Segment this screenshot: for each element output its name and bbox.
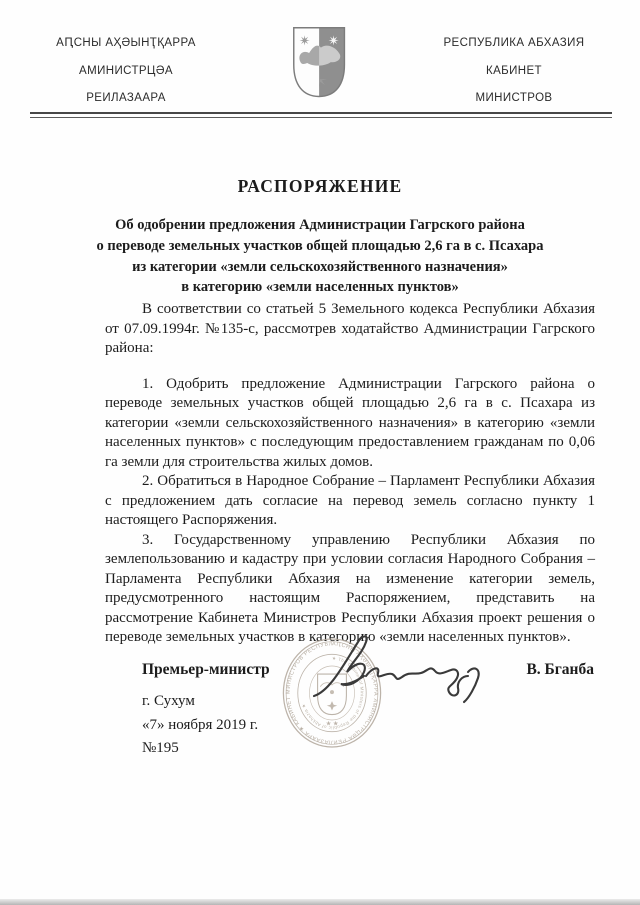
document-subject: Об одобрении предложения Администрации Г… [0, 215, 640, 298]
number-line: №195 [142, 737, 258, 761]
document-meta: г. Сухум «7» ноября 2019 г. №195 [142, 690, 258, 761]
letterhead-left: АԤСНЫ АҲӘЫНҬҚАРРА АМИНИСТРЦӘА РЕИЛАЗААРА [20, 30, 232, 113]
svg-text:★ ★: ★ ★ [326, 720, 339, 727]
scan-edge-shadow [0, 899, 640, 905]
signatory-name: В. Бганба [526, 661, 594, 679]
document-body: В соответствии со статьей 5 Земельного к… [105, 300, 595, 648]
letterhead-left-line: АԤСНЫ АҲӘЫНҬҚАРРА [20, 30, 232, 58]
signatory-title: Премьер-министр [142, 661, 270, 679]
letterhead-right-line: КАБИНЕТ [408, 58, 620, 86]
date-line: «7» ноября 2019 г. [142, 714, 258, 738]
letterhead-right: РЕСПУБЛИКА АБХАЗИЯ КАБИНЕТ МИНИСТРОВ [408, 30, 620, 113]
subject-line: о переводе земельных участков общей площ… [0, 236, 640, 257]
header-divider [30, 112, 612, 118]
city-line: г. Сухум [142, 690, 258, 714]
letterhead: АԤСНЫ АҲӘЫНҬҚАРРА АМИНИСТРЦӘА РЕИЛАЗААРА [20, 30, 620, 110]
letterhead-left-line: АМИНИСТРЦӘА [20, 58, 232, 86]
coat-of-arms-abkhazia-icon [288, 25, 352, 101]
item-2-paragraph: 2. Обратиться в Народное Собрание – Парл… [105, 472, 595, 531]
letterhead-right-line: МИНИСТРОВ [408, 85, 620, 113]
intro-paragraph: В соответствии со статьей 5 Земельного к… [105, 300, 595, 359]
subject-line: в категорию «земли населенных пунктов» [0, 277, 640, 298]
subject-line: Об одобрении предложения Администрации Г… [0, 215, 640, 236]
subject-line: из категории «земли сельскохозяйственног… [0, 257, 640, 278]
document-page: АԤСНЫ АҲӘЫНҬҚАРРА АМИНИСТРЦӘА РЕИЛАЗААРА [0, 0, 640, 905]
document-title: РАСПОРЯЖЕНИЕ [0, 176, 640, 197]
letterhead-left-line: РЕИЛАЗААРА [20, 85, 232, 113]
item-1-paragraph: 1. Одобрить предложение Администрации Га… [105, 375, 595, 473]
item-3-paragraph: 3. Государственному управлению Республик… [105, 531, 595, 648]
letterhead-right-line: РЕСПУБЛИКА АБХАЗИЯ [408, 30, 620, 58]
signature-block: Премьер-министр В. Бганба [142, 661, 594, 679]
